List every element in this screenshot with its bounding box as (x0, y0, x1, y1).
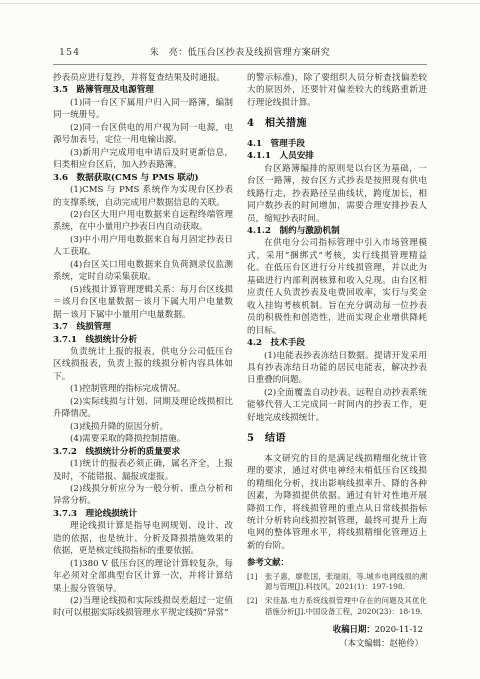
paragraph: (4)台区关口用电数据来自负荷测录仪监测系统，定时自动采集获取。 (53, 259, 233, 284)
section-heading: 5 结语 (247, 433, 427, 445)
paragraph: 台区路簿编排的原则是以台区为基础，一台区一路簿，按台区方式抄表是按照现有供电线路… (247, 163, 427, 225)
paragraph: (2)实际线损与计划、同期及理论线损相比升降情况。 (53, 396, 233, 421)
scan-edge-line (0, 3, 480, 4)
section-heading: 4.1.2 制约与激励机制 (247, 225, 427, 237)
paragraph: (3)中小用户用电数据来自每月固定抄表日人工获取。 (53, 234, 233, 259)
paragraph: (3)线损升降的原因分析。 (53, 421, 233, 433)
editor-note: （本文编辑：赵艳伶） (247, 637, 427, 649)
paragraph: (1)同一台区下属用户归入同一路簿，编制同一统册号。 (53, 97, 233, 122)
section-heading: 3.7 线损管理 (53, 321, 233, 333)
journal-page: 154 朱 亮：低压台区抄表及线损管理方案研究 抄表员应进行复抄，并将复查结果及… (0, 0, 480, 679)
reference-item: [2]宋佳磊.电力系统线损管理中存在的问题及其优化措施分析[J].中国设备工程，… (247, 596, 427, 617)
section-heading: 3.7.1 线损统计分析 (53, 334, 233, 346)
section-heading: 4.1.1 人员安排 (247, 150, 427, 162)
reference-marker: [1] (247, 572, 260, 593)
paragraph: 本文研究的目的是满足线损精细化统计管理的要求，通过对供电神经末梢低压台区线损的精… (247, 453, 427, 553)
paragraph: (3)新用户完成用电申请后及时更新信息，归类相应台区后，加入抄表路簿。 (53, 147, 233, 172)
paragraph: 在供电分公司指标管理中引入市场管理模式，采用“捆绑式”考核，实行线损管理精益化。… (247, 237, 427, 337)
paragraph: 的警示标准)，除了要组织人员分析查找偏差较大的原因外，还要针对偏差较大的线路重新… (247, 72, 427, 109)
paragraph: (1)CMS 与 PMS 系统作为实现台区抄表的支撑系统，自动完成用户数据信息的… (53, 184, 233, 209)
right-column: 的警示标准)，除了要组织人员分析查找偏差较大的原因外，还要针对偏差较大的线路重新… (247, 72, 427, 649)
header-rule (53, 64, 427, 65)
page-header: 154 朱 亮：低压台区抄表及线损管理方案研究 (53, 46, 427, 60)
received-date-value: 2020-11-12 (375, 624, 423, 634)
running-title: 朱 亮：低压台区抄表及线损管理方案研究 (53, 46, 427, 60)
left-column: 抄表员应进行复抄，并将复查结果及时通报。3.5 路簿管理及电源管理(1)同一台区… (53, 72, 233, 649)
section-heading: 4.2 技术手段 (247, 337, 427, 349)
section-heading: 4 相关措施 (247, 118, 427, 130)
right-column-blocks: 的警示标准)，除了要组织人员分析查找偏差较大的原因外，还要针对偏差较大的线路重新… (247, 72, 427, 617)
page-content: 154 朱 亮：低压台区抄表及线损管理方案研究 抄表员应进行复抄，并将复查结果及… (53, 46, 427, 649)
paragraph: 理论线损计算是指导电网规划、设计、改造的依据，也是统计、分析及降损措施效果的依据… (53, 520, 233, 557)
paragraph: 抄表员应进行复抄，并将复查结果及时通报。 (53, 72, 233, 84)
paragraph: (1)控制管理的指标完成情况。 (53, 383, 233, 395)
two-column-body: 抄表员应进行复抄，并将复查结果及时通报。3.5 路簿管理及电源管理(1)同一台区… (53, 72, 427, 649)
paragraph: (2)全面覆盖自动抄表。远程自动抄表系统能够代替人工完成同一时间内的抄表工作，更… (247, 387, 427, 424)
section-heading: 4.1 管理手段 (247, 138, 427, 150)
paragraph: (1)电能表抄表冻结日数据。提请开发采用具有抄表冻结日功能的居民电能表，解决抄表… (247, 350, 427, 387)
section-heading: 3.7.3 理论线损统计 (53, 508, 233, 520)
received-date-label: 收稿日期： (333, 624, 375, 634)
paragraph: (2)同一台区供电的用户视为同一电源，电源号加表号，定位一用电输出源。 (53, 122, 233, 147)
section-heading: 3.5 路簿管理及电源管理 (53, 84, 233, 96)
reference-text: 张子惠，廖乾国，张瑞雨，等.城乡电网线损的溯源与管理[J].科技风，2021(1… (265, 572, 427, 593)
paragraph: (5)线损计算管理逻辑关系：每月台区线损＝该月台区电量数据－该月下属大用户电量数… (53, 284, 233, 321)
paragraph: (1)380 V 低压台区的理论计算较复杂，每年必须对全部典型台区计算一次，并将… (53, 558, 233, 595)
paragraph: (2)台区大用户用电数据来自远程终端管理系统，在中小量用户抄表日内自动获取。 (53, 209, 233, 234)
paragraph: 负责统计上报的报表，供电分公司低压台区线损报表，负责上报的线损分析内容具体如下。 (53, 346, 233, 383)
paragraph: (1)统计的报表必须正确，属名齐全，上报及时，不能错报、漏报或虚报。 (53, 458, 233, 483)
received-date-line: 收稿日期：2020-11-12 (247, 623, 427, 635)
reference-text: 宋佳磊.电力系统线损管理中存在的问题及其优化措施分析[J].中国设备工程，202… (265, 596, 427, 617)
references-heading: 参考文献： (247, 556, 427, 568)
reference-item: [1]张子惠，廖乾国，张瑞雨，等.城乡电网线损的溯源与管理[J].科技风，202… (247, 572, 427, 593)
paragraph: (4)需要采取的降损控制措施。 (53, 433, 233, 445)
section-heading: 3.7.2 线损统计分析的质量要求 (53, 446, 233, 458)
reference-marker: [2] (247, 596, 260, 617)
paragraph: (2)当理论线损和实际线损误差超过一定值时(可以根据实际线损管理水平规定线损“异… (53, 595, 233, 620)
section-heading: 3.6 数据获取(CMS 与 PMS 联动) (53, 172, 233, 184)
page-number: 154 (59, 46, 80, 60)
paragraph: (2)线损分析应分为一般分析、重点分析和异常分析。 (53, 483, 233, 508)
